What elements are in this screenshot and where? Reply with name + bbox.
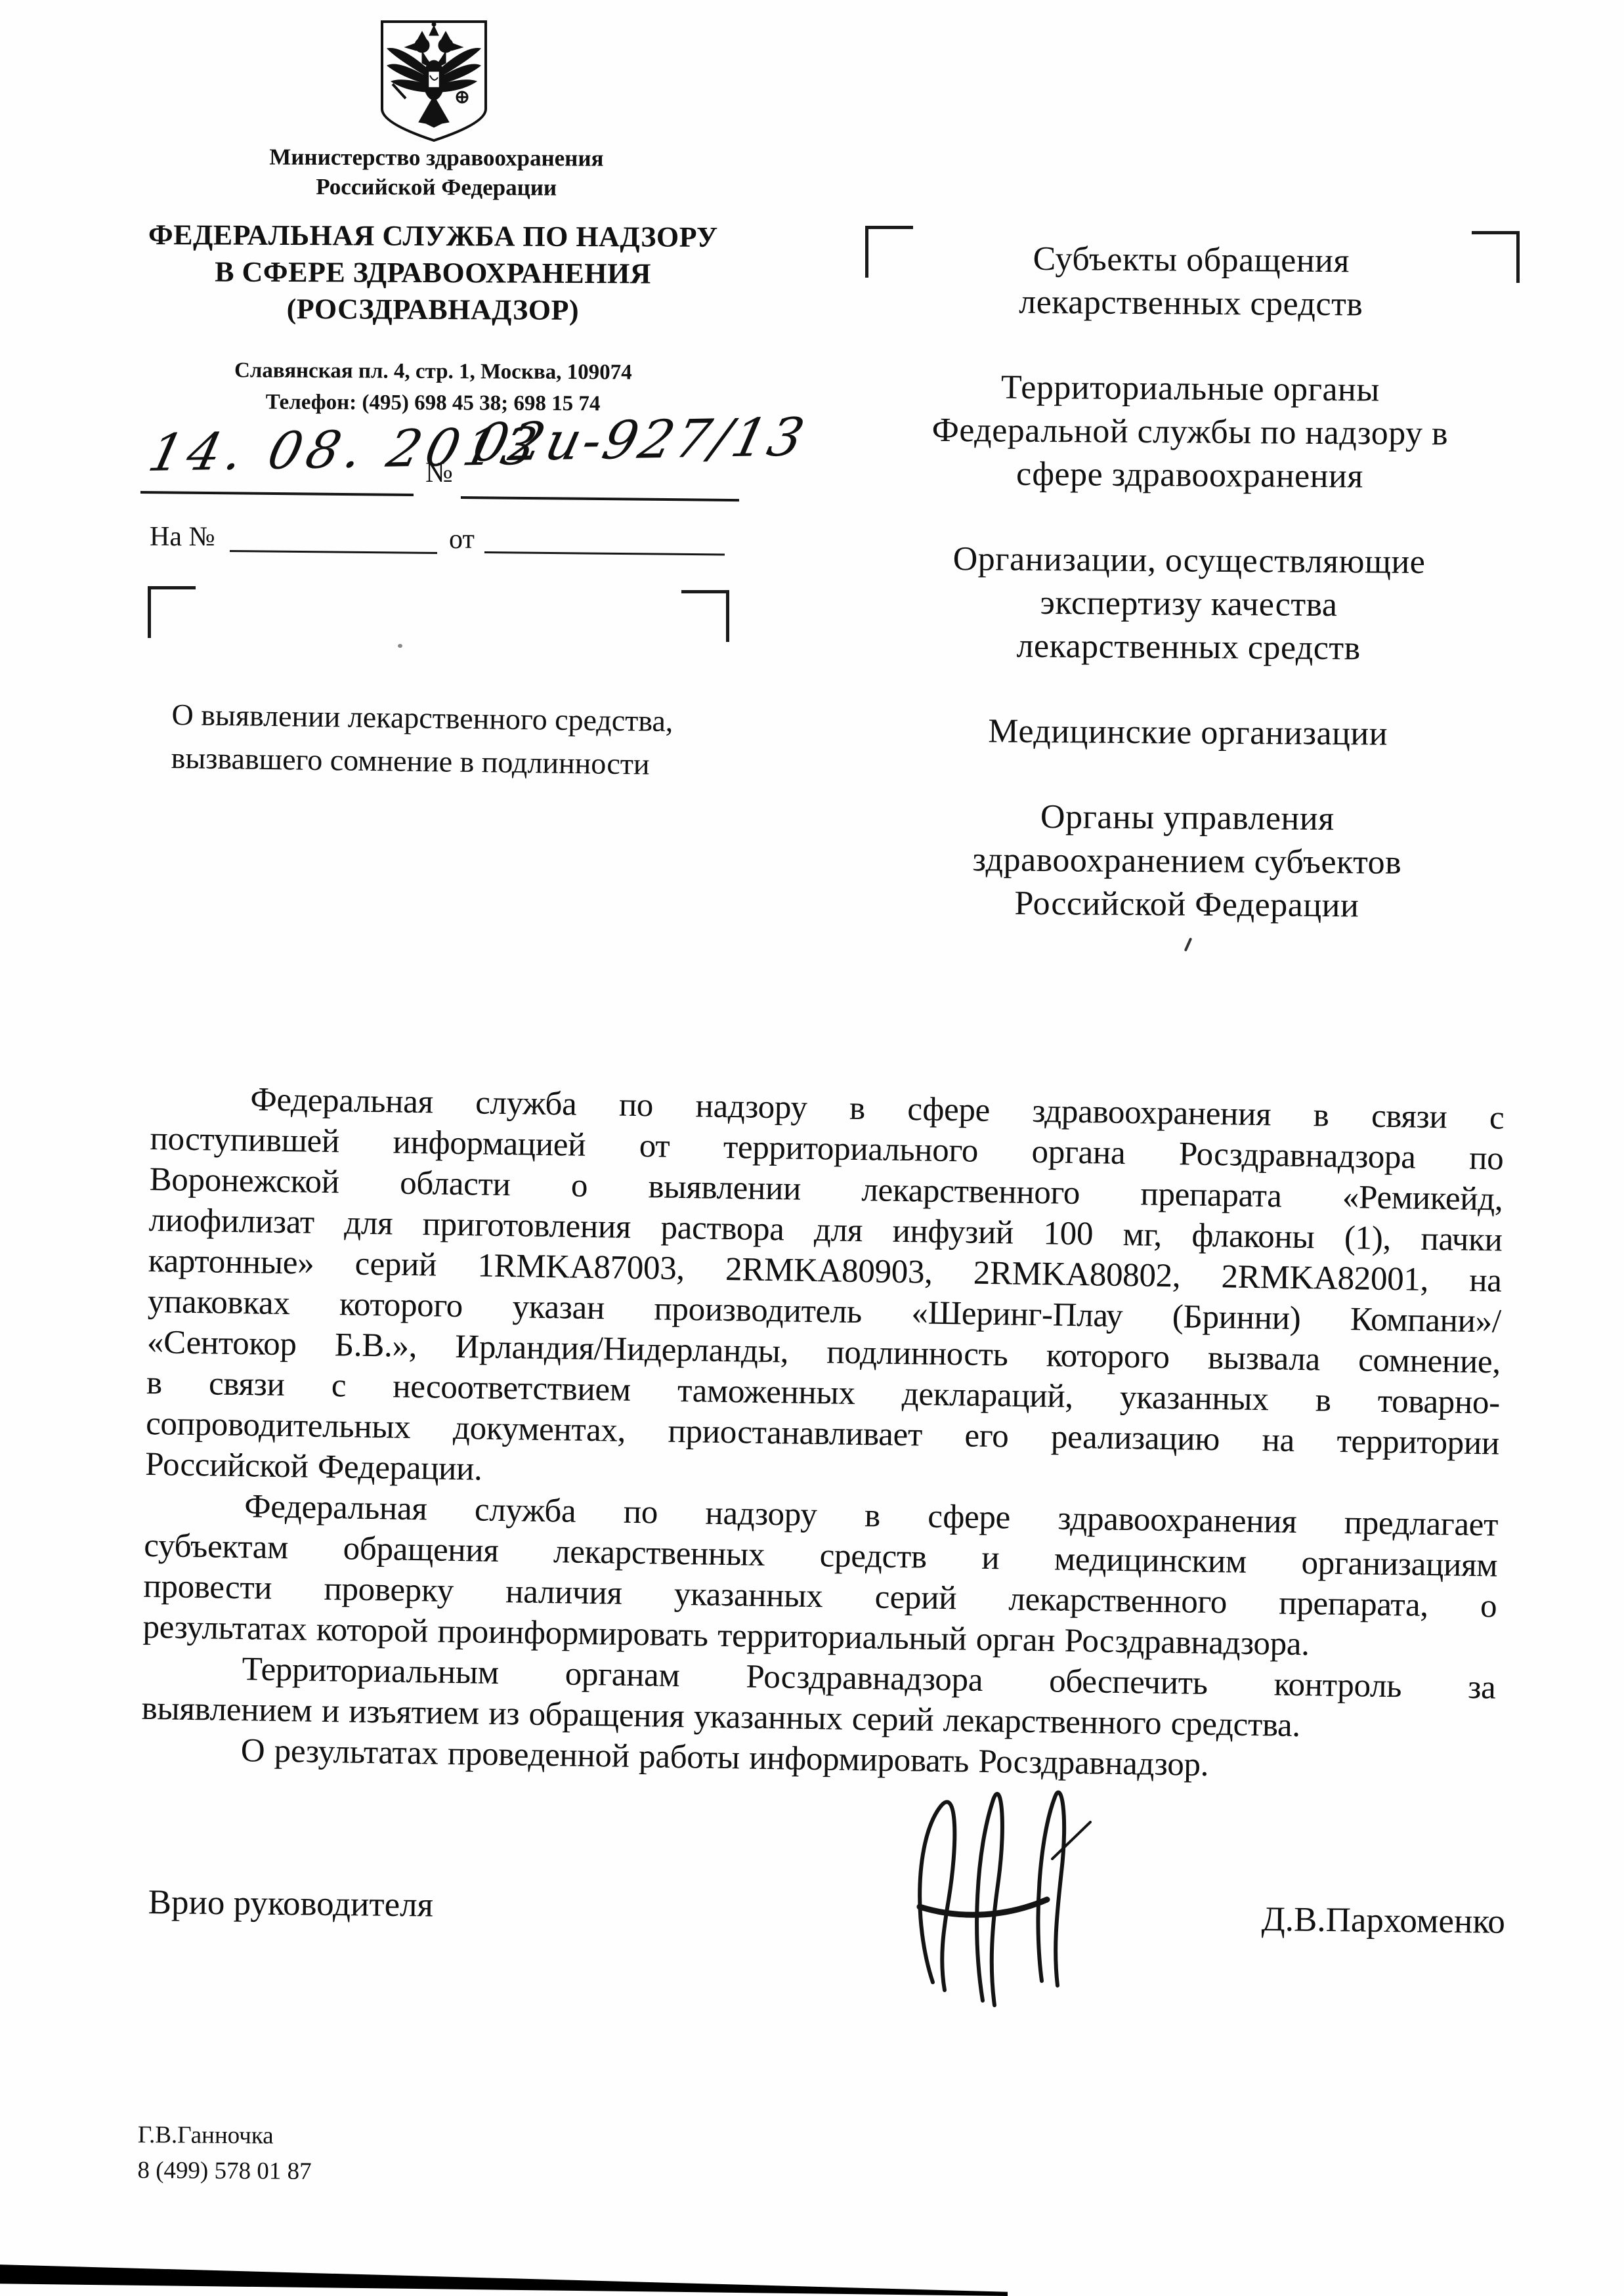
signer-name: Д.В.Пархоменко (1261, 1900, 1505, 1942)
ministry-line2: Российской Федерации (190, 171, 683, 203)
letter-body: Федеральная служба по надзору в сфере зд… (140, 1078, 1504, 1789)
addressee-line: Российской Федерации (849, 881, 1525, 929)
reply-from-label: от (449, 524, 475, 555)
pen-tick-mark (1184, 937, 1193, 952)
addressee-line: Органы управления (849, 794, 1526, 842)
reply-date-blank-line (484, 551, 725, 556)
ministry-line1: Министерство здравоохранения (190, 142, 683, 173)
letterhead-address: Славянская пл. 4, стр. 1, Москва, 109074 (184, 354, 683, 389)
executor-name: Г.В.Ганночка (138, 2117, 312, 2154)
subject-line1: О выявлении лекарственного средства, (171, 693, 782, 744)
service-header: ФЕДЕРАЛЬНАЯ СЛУЖБА ПО НАДЗОРУ В СФЕРЕ ЗД… (131, 217, 735, 330)
corner-mark-top-left (148, 586, 196, 638)
service-line1: ФЕДЕРАЛЬНАЯ СЛУЖБА ПО НАДЗОРУ (131, 217, 735, 256)
addressee-line: Территориальные органы (852, 365, 1528, 413)
date-underline (140, 491, 414, 496)
addressee-line: Субъекты обращения (853, 236, 1529, 284)
corner-mark-top-right (681, 590, 729, 642)
service-line2: В СФЕРЕ ЗДРАВООХРАНЕНИЯ (131, 253, 735, 293)
handwritten-outgoing-number: 02и-927/13 (467, 406, 812, 473)
ministry-header: Министерство здравоохранения Российской … (190, 142, 683, 203)
addressee-list: Субъекты обращения лекарственных средств… (849, 236, 1529, 929)
reply-to-number-label: На № (150, 521, 215, 553)
addressee-line: лекарственных средств (850, 624, 1526, 671)
signer-position: Врио руководителя (148, 1882, 433, 1925)
executor-phone: 8 (499) 578 01 87 (137, 2153, 312, 2190)
russia-coat-of-arms-icon (374, 18, 494, 144)
addressee-line: сфере здравоохранения (851, 452, 1528, 500)
subject-line2: вызвавшего сомнение в подлинности (171, 736, 782, 788)
addressee-line: экспертизу качества (851, 580, 1527, 628)
scan-artifact-black-wedge (0, 2262, 1008, 2296)
addressee-line: здравоохранением субъектов (849, 838, 1525, 885)
addressee-line: Организации, осуществляющие (851, 537, 1527, 585)
executor-contacts: Г.В.Ганночка 8 (499) 578 01 87 (137, 2117, 312, 2190)
scan-speck (398, 644, 402, 648)
addressee-line: Федеральной службы по надзору в (852, 408, 1528, 456)
number-underline (461, 496, 739, 501)
reply-number-blank-line (230, 550, 437, 554)
service-line3: (РОСЗДРАВНАДЗОР) (131, 290, 735, 330)
number-sign-label: № (425, 456, 453, 489)
addressee-line: Медицинские организации (850, 709, 1526, 757)
scanned-letter-page: Министерство здравоохранения Российской … (0, 0, 1624, 2296)
letter-subject: О выявлении лекарственного средства, выз… (171, 693, 782, 788)
addressee-line: лекарственных средств (853, 280, 1529, 328)
handwritten-signature-icon (889, 1759, 1113, 2022)
